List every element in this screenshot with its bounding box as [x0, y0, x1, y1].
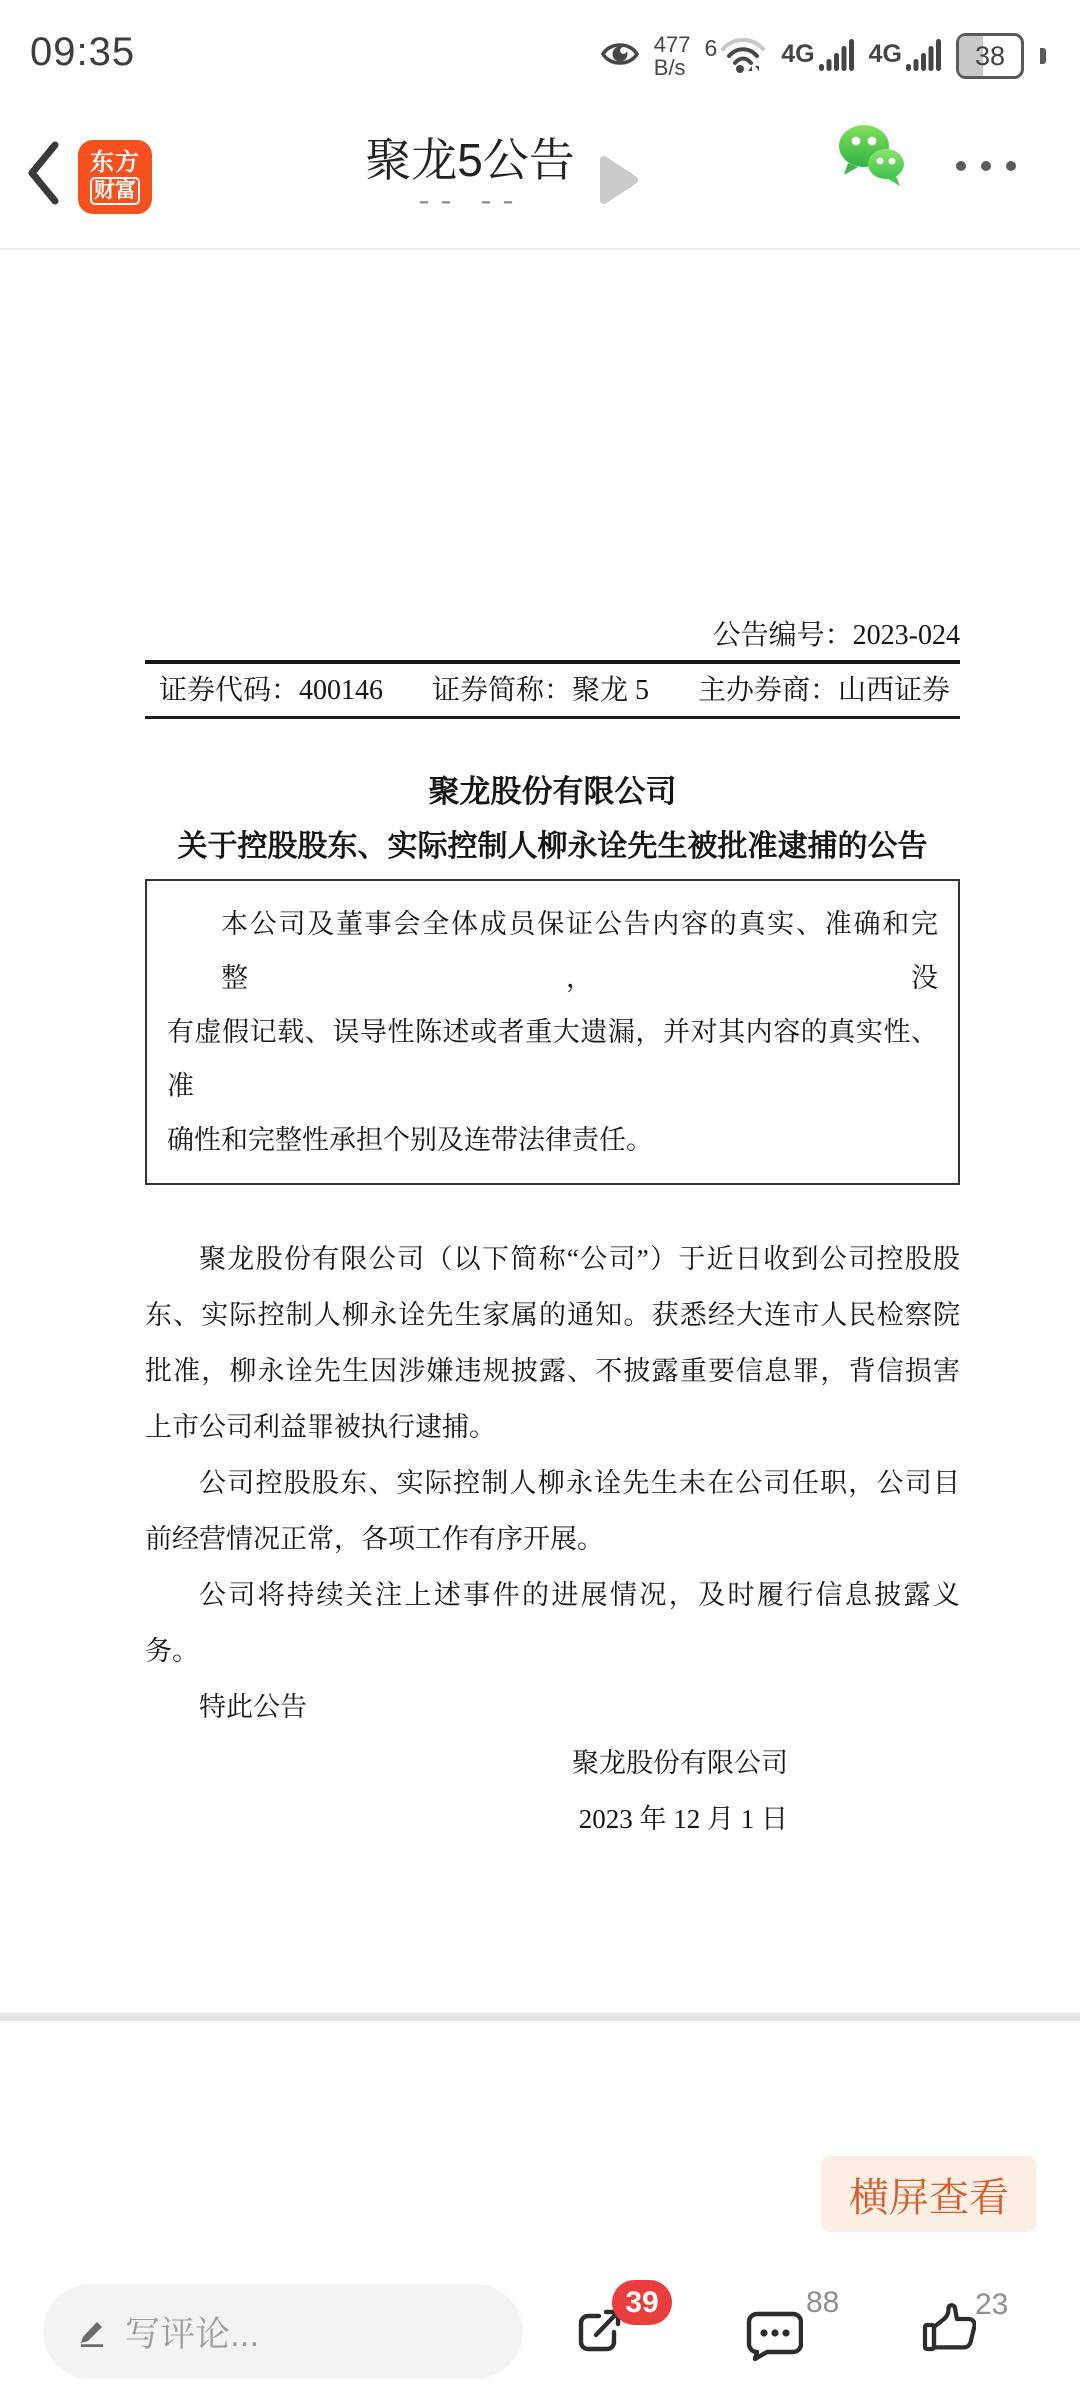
paragraph: 聚龙股份有限公司（以下简称“公司”）于近日收到公司控股股东、实际控制人柳永诠先生… — [145, 1231, 960, 1455]
network-type-label-1: 4G — [781, 42, 814, 67]
announcement-number: 公告编号：2023-024 — [145, 616, 960, 664]
clock: 09:35 — [30, 30, 135, 75]
network-speed-value: 477 — [654, 33, 691, 56]
text-line: 公司将持续关注上述事件的进展情况，及时履行信息披露义 — [145, 1567, 960, 1623]
quote-placeholder: -- -- — [398, 186, 538, 220]
status-icons: 477 B/s 6 4G — [600, 24, 1046, 88]
dot — [981, 161, 991, 171]
signature-block: 聚龙股份有限公司 2023 年 12 月 1 日 — [145, 1735, 960, 1847]
closing-line: 特此公告 — [145, 1679, 960, 1735]
share-icon — [572, 2345, 628, 2362]
disclaimer-box: 本公司及董事会全体成员保证公告内容的真实、准确和完整，没有虚假记载、误导性陈述或… — [145, 879, 960, 1185]
dot — [956, 161, 966, 171]
chevron-left-icon — [24, 140, 64, 211]
text-line: 公司控股股东、实际控制人柳永诠先生未在公司任职，公司目 — [145, 1455, 960, 1511]
signature-date: 2023 年 12 月 1 日 — [145, 1791, 788, 1847]
page-title: 聚龙5公告 — [340, 124, 600, 190]
paragraph: 公司控股股东、实际控制人柳永诠先生未在公司任职，公司目前经营情况正常，各项工作有… — [145, 1455, 960, 1567]
like-count: 23 — [975, 2288, 1008, 2322]
text-line: 本公司及董事会全体成员保证公告内容的真实、准确和完整，没 — [167, 897, 938, 1005]
comment-input[interactable]: 写评论... — [43, 2284, 523, 2379]
text-line: 东、实际控制人柳永诠先生家属的通知。获悉经大连市人民检察院 — [145, 1287, 960, 1343]
comments-button[interactable] — [745, 2308, 803, 2367]
announcement-document[interactable]: 公告编号：2023-024 证券代码：400146证券简称：聚龙 5主办券商：山… — [0, 250, 1080, 2013]
like-button[interactable] — [918, 2300, 976, 2361]
eastmoney-logo[interactable]: 东方 财富 — [78, 140, 152, 214]
text-line: 上市公司利益罪被执行逮捕。 — [145, 1399, 960, 1455]
info-item: 主办券商：山西证券 — [698, 668, 950, 714]
document-page: 公告编号：2023-024 证券代码：400146证券简称：聚龙 5主办券商：山… — [145, 250, 960, 1847]
comment-placeholder: 写评论... — [125, 2307, 259, 2357]
battery-icon: 38 — [956, 33, 1024, 79]
network-type-label-2: 4G — [869, 42, 902, 67]
thumbs-up-icon — [918, 2343, 976, 2360]
document-body: 聚龙股份有限公司（以下简称“公司”）于近日收到公司控股股东、实际控制人柳永诠先生… — [145, 1231, 960, 1679]
price-placeholder: -- — [415, 186, 459, 220]
wifi-indicator: 6 — [704, 33, 767, 80]
bottom-action-bar: 写评论... 39 88 — [0, 2270, 1080, 2400]
info-item: 证券简称：聚龙 5 — [432, 668, 649, 714]
signature-company: 聚龙股份有限公司 — [145, 1735, 788, 1791]
landscape-view-button[interactable]: 横屏查看 — [821, 2156, 1037, 2232]
network-speed-unit: B/s — [654, 56, 686, 79]
cellular-indicator-1: 4G — [781, 34, 854, 79]
announcement-title: 关于控股股东、实际控制人柳永诠先生被批准逮捕的公告 — [145, 825, 960, 869]
logo-text-top: 东方 — [90, 150, 140, 176]
change-placeholder: -- — [477, 186, 521, 220]
paragraph: 公司将持续关注上述事件的进展情况，及时履行信息披露义务。 — [145, 1567, 960, 1679]
pencil-icon — [73, 2311, 109, 2352]
cellular-indicator-2: 4G — [869, 34, 942, 79]
info-item: 证券代码：400146 — [159, 668, 383, 714]
wechat-share-button[interactable] — [836, 118, 908, 198]
text-line: 确性和完整性承担个别及连带法律责任。 — [167, 1113, 938, 1167]
wifi-icon — [719, 33, 767, 80]
battery-nub — [1040, 48, 1046, 64]
text-line: 聚龙股份有限公司（以下简称“公司”）于近日收到公司控股股 — [145, 1231, 960, 1287]
screen: 09:35 477 B/s 6 — [0, 0, 1080, 2400]
securities-info-row: 证券代码：400146证券简称：聚龙 5主办券商：山西证券 — [145, 664, 960, 719]
comment-count: 88 — [806, 2286, 839, 2320]
wechat-icon — [836, 123, 908, 194]
signal-bars-icon-1 — [819, 34, 855, 79]
header: 东方 财富 聚龙5公告 -- -- — [0, 100, 1080, 250]
wifi-band-label: 6 — [704, 35, 717, 62]
comment-bubble-icon — [745, 2349, 803, 2366]
play-triangle-icon — [598, 195, 640, 212]
more-menu-button[interactable] — [956, 156, 1016, 176]
expand-quote-button[interactable] — [598, 152, 640, 213]
closing-line-wrap: 特此公告 — [145, 1679, 960, 1735]
network-speed: 477 B/s — [654, 33, 691, 79]
section-divider — [0, 2013, 1080, 2021]
dot — [1006, 161, 1016, 171]
text-line: 批准，柳永诠先生因涉嫌违规披露、不披露重要信息罪，背信损害 — [145, 1343, 960, 1399]
company-name-title: 聚龙股份有限公司 — [145, 771, 960, 813]
eye-protection-icon — [600, 38, 640, 75]
share-badge: 39 — [612, 2280, 672, 2325]
text-line: 前经营情况正常，各项工作有序开展。 — [145, 1511, 960, 1567]
logo-text-bottom: 财富 — [90, 177, 140, 205]
text-line: 有虚假记载、误导性陈述或者重大遗漏，并对其内容的真实性、准 — [167, 1005, 938, 1113]
battery-percent: 38 — [975, 41, 1005, 72]
text-line: 务。 — [145, 1623, 960, 1679]
status-bar: 09:35 477 B/s 6 — [0, 0, 1080, 100]
signal-bars-icon-2 — [906, 34, 942, 79]
back-button[interactable] — [20, 140, 68, 210]
